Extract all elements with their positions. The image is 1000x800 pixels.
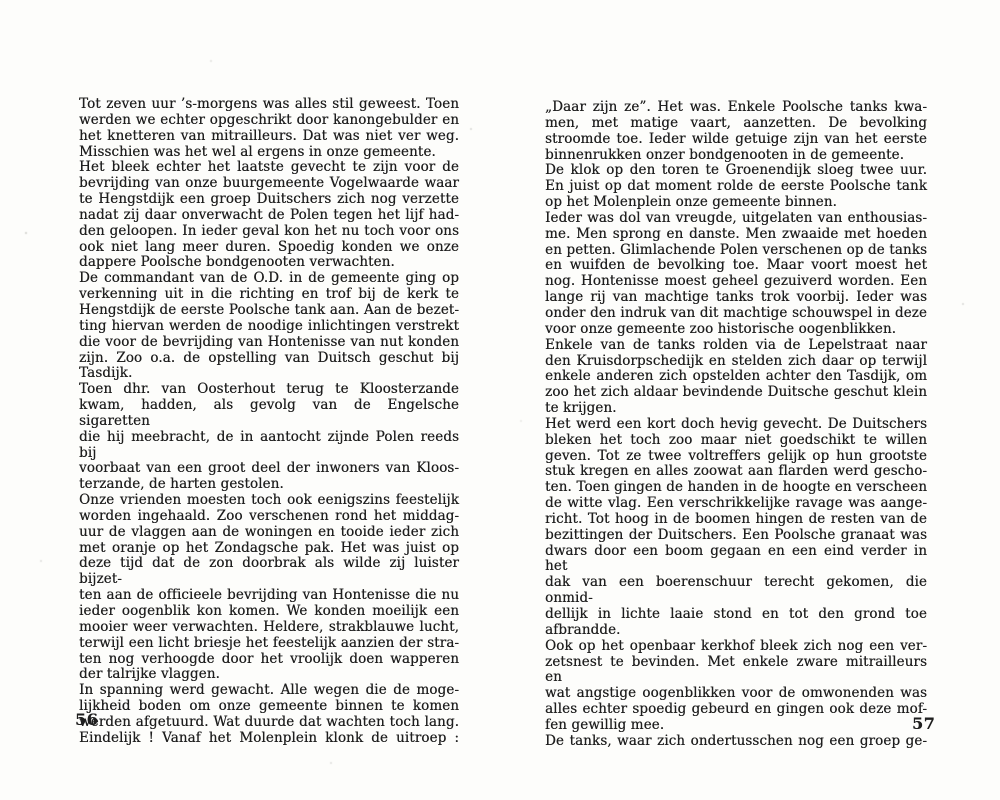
text-line: dwars door een boom gegaan en een eind v… [545,544,927,576]
paragraph: De commandant van de O.D. in de gemeente… [79,271,459,382]
text-line: In spanning werd gewacht. Alle wegen die… [79,683,459,699]
text-line: Hengstdijk de eerste Poolsche tank aan. … [79,303,459,319]
text-line: die voor de bevrijding van Hontenisse va… [79,335,459,351]
text-line: Tasdijk. [79,366,459,382]
text-line: zijn. Zoo o.a. de opstelling van Duitsch… [79,351,459,367]
text-line: En juist op dat moment rolde de eerste P… [545,179,927,195]
text-line: dak van een boerenschuur terecht gekomen… [545,575,927,607]
text-line: ook niet lang meer duren. Spoedig konden… [79,240,459,256]
page-number-right: 57 [912,714,935,733]
text-line: fen gewillig mee. [545,718,927,734]
text-line: verkenning uit in die richting en trof b… [79,287,459,303]
text-line: ten. Toen gingen de handen in de hoogte … [545,480,927,496]
paragraph: Het bleek echter het laatste gevecht te … [79,160,459,271]
text-line: het knetteren van mitrailleurs. Dat was … [79,129,459,145]
paragraph: Ook op het openbaar kerkhof bleek zich n… [545,639,927,734]
text-line: ting hiervan werden de noodige inlichtin… [79,319,459,335]
text-line: enkele anderen zich opstelden achter den… [545,369,927,385]
text-line: Het werd een kort doch hevig gevecht. De… [545,417,927,433]
text-line: mooier weer verwachten. Heldere, strakbl… [79,620,459,636]
text-line: stuk kregen en alles zoowat aan flarden … [545,464,927,480]
text-line: en petten. Glimlachende Polen verschenen… [545,243,927,259]
text-line: bleken het toch zoo maar niet goedschikt… [545,433,927,449]
text-line: dappere Poolsche bondgenooten verwachten… [79,255,459,271]
text-line: lange rij van machtige tanks trok voorbi… [545,290,927,306]
text-line: ten nog verhoogde door het vroolijk doen… [79,652,459,668]
paragraph: Tot zeven uur ’s-morgens was alles stil … [79,97,459,160]
text-line: den Kruisdorpschedijk en stelden zich da… [545,354,927,370]
text-line: voor onze gemeente zoo historische oogen… [545,322,927,338]
text-line: op het Molenplein onze gemeente binnen. [545,195,927,211]
text-line: „Daar zijn ze”. Het was. Enkele Poolsche… [545,100,927,116]
text-line: dellijk in lichte laaie stond en tot den… [545,607,927,623]
text-line: met oranje op het Zondagsche pak. Het wa… [79,541,459,557]
text-line: kwam, hadden, als gevolg van de Engelsch… [79,398,459,430]
text-line: ten aan de officieele bevrijding van Hon… [79,588,459,604]
page-right-text: „Daar zijn ze”. Het was. Enkele Poolsche… [545,100,927,750]
text-line: nadat zij daar onverwacht de Polen tegen… [79,208,459,224]
text-line: me. Men sprong en danste. Men zwaaide me… [545,227,927,243]
paragraph: Toen dhr. van Oosterhout terug te Kloost… [79,382,459,493]
text-line: uur de vlaggen aan de woningen en tooide… [79,525,459,541]
paragraph: De tanks, waar zich ondertusschen nog ee… [545,734,927,750]
text-line: De klok op den toren te Groenendijk sloe… [545,163,927,179]
book-spread: Tot zeven uur ’s-morgens was alles stil … [0,0,1000,800]
text-line: ieder oogenblik kon komen. We konden moe… [79,604,459,620]
text-line: zoo het zich aldaar bevindende Duitsche … [545,385,927,401]
text-line: worden ingehaald. Zoo verschenen rond he… [79,509,459,525]
paragraph: De klok op den toren te Groenendijk sloe… [545,163,927,211]
text-line: wat angstige oogenblikken voor de omwone… [545,686,927,702]
text-line: Het bleek echter het laatste gevecht te … [79,160,459,176]
text-line: terzande, de harten gestolen. [79,477,459,493]
paragraph: Enkele van de tanks rolden via de Lepels… [545,338,927,417]
text-line: Enkele van de tanks rolden via de Lepels… [545,338,927,354]
text-line: De tanks, waar zich ondertusschen nog ee… [545,734,927,750]
text-line: te krijgen. [545,401,927,417]
page-number-left: 56 [75,710,98,729]
text-line: zetsnest te bevinden. Met enkele zware m… [545,655,927,687]
text-line: die hij meebracht, de in aantocht zijnde… [79,430,459,462]
text-line: onder den indruk van dit machtige schouw… [545,306,927,322]
text-line: stroomde toe. Ieder wilde getuige zijn v… [545,132,927,148]
text-line: werden afgetuurd. Wat duurde dat wachten… [79,715,459,731]
paragraph: „Daar zijn ze”. Het was. Enkele Poolsche… [545,100,927,163]
text-line: Onze vrienden moesten toch ook eenigszin… [79,493,459,509]
text-line: Ieder was dol van vreugde, uitgelaten va… [545,211,927,227]
text-line: Toen dhr. van Oosterhout terug te Kloost… [79,382,459,398]
text-line: nog. Hontenisse moest geheel gezuiverd w… [545,274,927,290]
text-line: Tot zeven uur ’s-morgens was alles stil … [79,97,459,113]
text-line: Ook op het openbaar kerkhof bleek zich n… [545,639,927,655]
text-line: bezittingen der Duitschers. Een Poolsche… [545,528,927,544]
text-line: men, met matige vaart, aanzetten. De bev… [545,116,927,132]
text-line: alles echter spoedig gebeurd en gingen o… [545,702,927,718]
text-line: terwijl een licht briesje het feestelijk… [79,636,459,652]
text-line: Misschien was het wel al ergens in onze … [79,145,459,161]
text-line: geven. Tot ze twee voltreffers gelijk op… [545,449,927,465]
text-line: en wuifden de bevolking toe. Maar voort … [545,258,927,274]
paragraph: Onze vrienden moesten toch ook eenigszin… [79,493,459,683]
paragraph: Ieder was dol van vreugde, uitgelaten va… [545,211,927,338]
text-line: voorbaat van een groot deel der inwoners… [79,461,459,477]
text-line: te Hengstdijk een groep Duitschers zich … [79,192,459,208]
text-line: bevrijding van onze buurgemeente Vogelwa… [79,176,459,192]
page-left-text: Tot zeven uur ’s-morgens was alles stil … [79,97,459,747]
scan-noise [0,0,2,2]
text-line: richt. Tot hoog in de boomen hingen de r… [545,512,927,528]
text-line: afbrandde. [545,623,927,639]
paragraph: In spanning werd gewacht. Alle wegen die… [79,683,459,746]
text-line: den geloopen. In ieder geval kon het nu … [79,224,459,240]
text-line: deze tijd dat de zon doorbrak als wilde … [79,556,459,588]
text-line: Eindelijk ! Vanaf het Molenplein klonk d… [79,731,459,747]
text-line: werden we echter opgeschrikt door kanong… [79,113,459,129]
text-line: der talrijke vlaggen. [79,667,459,683]
text-line: binnenrukken onzer bondgenooten in de ge… [545,148,927,164]
paragraph: Het werd een kort doch hevig gevecht. De… [545,417,927,639]
text-line: De commandant van de O.D. in de gemeente… [79,271,459,287]
text-line: lijkheid boden om onze gemeente binnen t… [79,699,459,715]
text-line: de witte vlag. Een verschrikkelijke rava… [545,496,927,512]
